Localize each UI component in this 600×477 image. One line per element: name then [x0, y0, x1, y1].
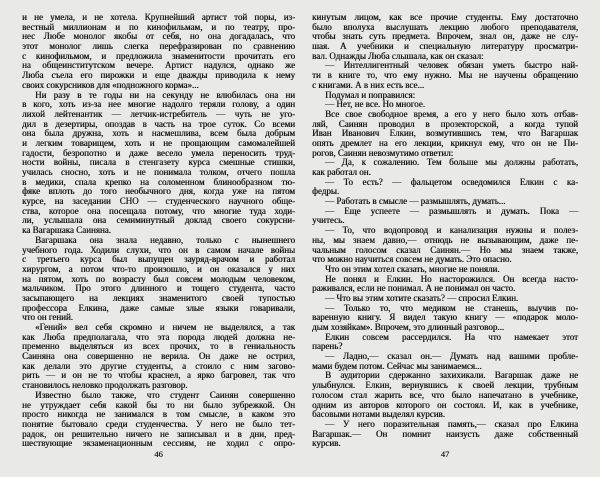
page-right-number: 47: [312, 449, 578, 459]
text-line: Елкин совсем рассердился. На что намекае…: [312, 333, 578, 343]
text-line: — То есть? — фальцетом осведомился Елкин…: [312, 178, 578, 188]
page-left-text: и не умела, и не хотела. Крупнейший арти…: [22, 13, 295, 449]
text-line: Вагаршак.— Он помнит наизусть даже собст…: [312, 430, 578, 440]
text-line: — Еще успеете — размышлять и думать. Пок…: [312, 207, 578, 217]
text-line: курсив.: [312, 439, 578, 449]
text-line: шествующие экзаменационным сессиям, не х…: [22, 439, 295, 449]
book-spread: и не умела, и не хотела. Крупнейший арти…: [0, 0, 600, 477]
page-left-number: 46: [22, 449, 295, 459]
page-right-text: кинутым лицом, как все прочие студенты. …: [312, 13, 578, 449]
page-right: кинутым лицом, как все прочие студенты. …: [312, 0, 578, 477]
page-left: и не умела, и не хотела. Крупнейший арти…: [22, 0, 295, 477]
